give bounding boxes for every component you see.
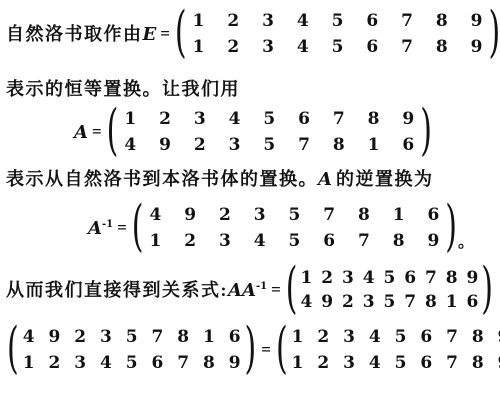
relation-text: 从而我们直接得到关系式: [6, 277, 228, 303]
right-paren: ) [244, 322, 258, 378]
left-paren: ( [106, 104, 120, 160]
matrix-bottom-row: 1 2 3 4 5 6 7 8 9 [144, 228, 444, 254]
left-paren: ( [174, 6, 188, 62]
line-result-equation: ( 4 9 2 3 5 7 8 1 6 1 2 3 4 5 6 7 8 9 ) … [6, 324, 494, 376]
matrix-top-row: 1 2 3 4 5 6 7 8 9 [298, 266, 480, 290]
var-AA-inverse: AA-1 [228, 280, 267, 301]
line-A-caption: 表示从自然洛书到本洛书体的置换。A 的逆置换为 [6, 166, 494, 192]
left-paren: ( [275, 322, 289, 378]
matrix-bottom-row: 1 2 3 4 5 6 7 8 9 [20, 350, 244, 376]
right-paren: ) [419, 104, 433, 160]
line-relation: 从而我们直接得到关系式: AA-1 = ( 1 2 3 4 5 6 7 8 9 … [6, 266, 494, 314]
result-matrix-right: ( 1 2 3 4 5 6 7 8 9 1 2 3 4 5 6 7 8 9 ) [275, 324, 500, 376]
var-A: A [74, 122, 88, 143]
left-paren: ( [285, 262, 299, 318]
equals-sign: = [267, 280, 285, 300]
left-paren: ( [131, 200, 145, 256]
identity-caption-text: 表示的恒等置换。让我们用 [6, 79, 240, 99]
superscript-minus-one: -1 [102, 219, 113, 230]
matrix-top-row: 1 2 3 4 5 6 7 8 9 [289, 324, 500, 350]
right-paren: ) [487, 6, 500, 62]
inverse-A-matrix: ( 4 9 2 3 5 7 8 1 6 1 2 3 4 5 6 7 8 9 ) [131, 202, 458, 254]
document-page: 自然洛书取作由 E = ( 1 2 3 4 5 6 7 8 9 1 2 3 4 … [0, 0, 500, 376]
matrix-top-row: 1 2 3 4 5 6 7 8 9 [119, 106, 419, 132]
A-caption-after: 的逆置换为 [336, 169, 434, 189]
equals-sign: = [88, 122, 106, 142]
superscript-minus-one: -1 [256, 281, 267, 292]
right-paren: ) [480, 262, 494, 318]
matrix-top-row: 1 2 3 4 5 6 7 8 9 [188, 8, 488, 34]
right-paren: ) [444, 200, 458, 256]
matrix-bottom-row: 1 2 3 4 5 6 7 8 9 [188, 34, 488, 60]
matrix-bottom-row: 1 2 3 4 5 6 7 8 9 [289, 350, 500, 376]
product-matrix: ( 1 2 3 4 5 6 7 8 9 4 9 2 3 5 7 8 1 6 ) [285, 266, 494, 314]
equals-sign: = [113, 218, 131, 238]
var-A-inline: A [318, 169, 332, 190]
equals-sign: = [156, 24, 174, 44]
matrix-top-row: 4 9 2 3 5 7 8 1 6 [20, 324, 244, 350]
matrix-bottom-row: 4 9 2 3 5 7 8 1 6 [119, 132, 419, 158]
line-A-inverse-definition: A-1 = ( 4 9 2 3 5 7 8 1 6 1 2 3 4 5 6 7 … [6, 202, 494, 254]
full-stop: 。 [458, 229, 474, 252]
left-paren: ( [6, 322, 20, 378]
line-identity-definition: 自然洛书取作由 E = ( 1 2 3 4 5 6 7 8 9 1 2 3 4 … [6, 8, 494, 60]
identity-permutation-matrix: ( 1 2 3 4 5 6 7 8 9 1 2 3 4 5 6 7 8 9 ) [174, 8, 500, 60]
var-A-inverse: A-1 [88, 218, 113, 239]
line-A-definition: A = ( 1 2 3 4 5 6 7 8 9 4 9 2 3 5 7 8 1 … [6, 106, 494, 158]
var-E: E [143, 24, 157, 45]
result-matrix-left: ( 4 9 2 3 5 7 8 1 6 1 2 3 4 5 6 7 8 9 ) [6, 324, 257, 376]
permutation-A-matrix: ( 1 2 3 4 5 6 7 8 9 4 9 2 3 5 7 8 1 6 ) [106, 106, 433, 158]
A-caption-before: 表示从自然洛书到本洛书体的置换。 [6, 169, 318, 189]
equals-sign: = [257, 340, 275, 360]
matrix-top-row: 4 9 2 3 5 7 8 1 6 [144, 202, 444, 228]
matrix-bottom-row: 4 9 2 3 5 7 8 1 6 [298, 290, 480, 314]
intro-text: 自然洛书取作由 [6, 21, 143, 47]
